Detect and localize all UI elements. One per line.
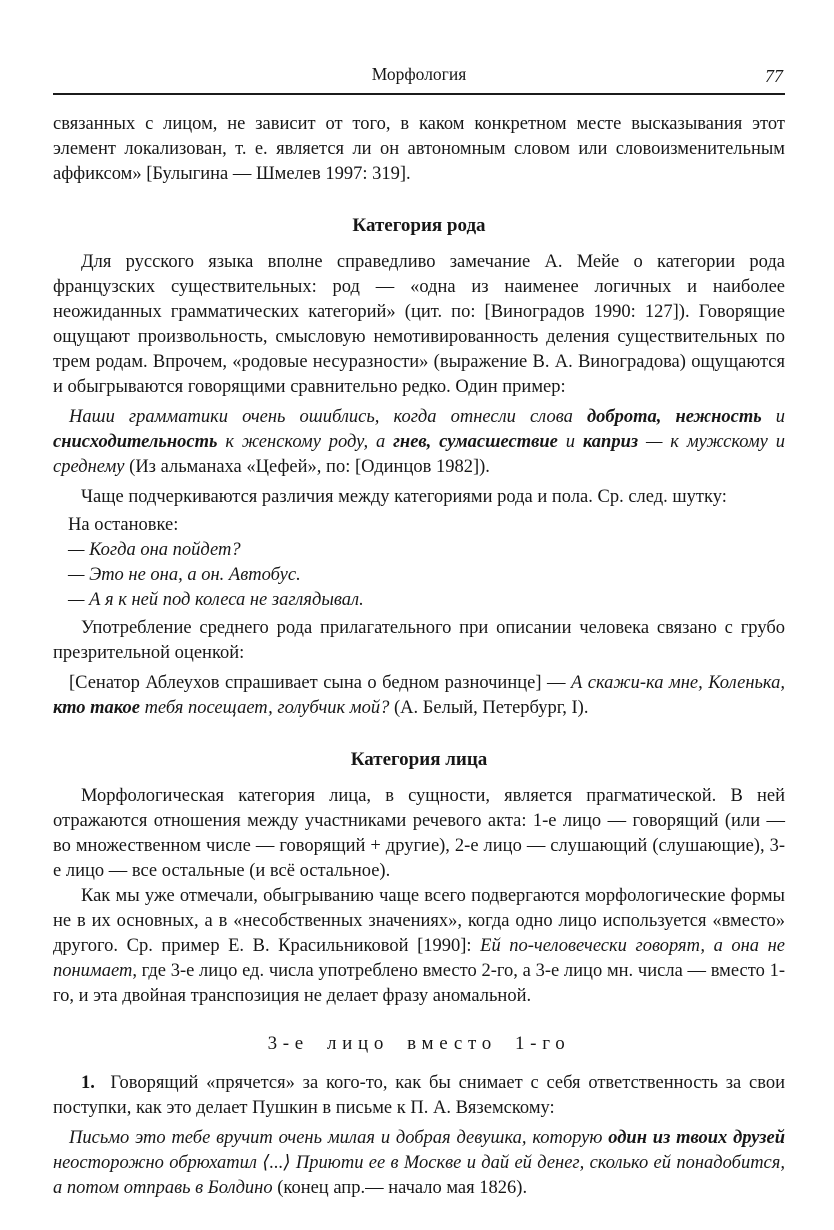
text-run: снисходительность (53, 432, 217, 452)
body-paragraph: связанных с лицом, не зависит от того, в… (53, 112, 785, 187)
body-paragraph: Для русского языка вполне справедливо за… (53, 250, 785, 400)
text-run: , где 3-е лицо ед. числа употреблено вме… (53, 961, 785, 1006)
text-run: (конец апр.— начало мая 1826). (277, 1178, 527, 1198)
text-run: (А. Белый, Петербург, I). (394, 698, 588, 718)
text-run: доброта, нежность (587, 407, 762, 427)
text-run: — Когда она пойдет? (68, 540, 241, 560)
section-heading: Категория рода (53, 213, 785, 238)
body-paragraph: Как мы уже отмечали, обыгрыванию чаще вс… (53, 884, 785, 1009)
text-run: Говорящий «прячется» за кого-то, как бы … (53, 1073, 785, 1118)
text-run: — Это не она, а он. Автобус. (68, 565, 301, 585)
running-title: Морфология (372, 64, 467, 84)
text-run: и (762, 407, 785, 427)
section-heading: Категория лица (53, 747, 785, 772)
text-run: и (558, 432, 583, 452)
text-run: каприз (583, 432, 638, 452)
body-paragraph: 1. Говорящий «прячется» за кого-то, как … (53, 1071, 785, 1121)
book-page: Морфология 77 связанных с лицом, не зави… (0, 0, 834, 1230)
example-paragraph: Письмо это тебе вручит очень милая и доб… (53, 1126, 785, 1201)
text-run: к женскому роду, а (217, 432, 393, 452)
subsection-heading: 3-е лицо вместо 1-го (53, 1031, 785, 1056)
text-run: — А я к ней под колеса не заглядывал. (68, 590, 364, 610)
dialogue-block: На остановке:— Когда она пойдет?— Это не… (68, 513, 785, 613)
example-paragraph: Наши грамматики очень ошиблись, когда от… (53, 405, 785, 480)
dialogue-line: — А я к ней под колеса не заглядывал. (68, 588, 785, 613)
text-run: На остановке: (68, 515, 178, 535)
text-run: Наши грамматики очень ошиблись, когда от… (69, 407, 587, 427)
page-header: Морфология 77 (53, 64, 785, 95)
dialogue-line: — Когда она пойдет? (68, 538, 785, 563)
dialogue-line: На остановке: (68, 513, 785, 538)
text-run: гнев, сумасшествие (393, 432, 558, 452)
text-run: Употребление среднего рода прилагательно… (53, 618, 785, 663)
text-run: Морфологическая категория лица, в сущнос… (53, 786, 785, 881)
text-run: тебя посещает, голубчик мой? (140, 698, 394, 718)
dialogue-line: — Это не она, а он. Автобус. (68, 563, 785, 588)
body-paragraph: Чаще подчеркиваются различия между катег… (53, 485, 785, 510)
text-run: (Из альманаха «Цефей», по: [Одинцов 1982… (129, 457, 490, 477)
text-run: кто такое (53, 698, 140, 718)
body-paragraph: Употребление среднего рода прилагательно… (53, 616, 785, 666)
text-run: Чаще подчеркиваются различия между катег… (81, 487, 727, 507)
page-number: 77 (765, 66, 783, 86)
text-run: связанных с лицом, не зависит от того, в… (53, 114, 785, 184)
text-run: А скажи-ка мне, Коленька, (571, 673, 785, 693)
body-paragraph: Морфологическая категория лица, в сущнос… (53, 784, 785, 884)
page-content: связанных с лицом, не зависит от того, в… (53, 112, 785, 1201)
text-run: Для русского языка вполне справедливо за… (53, 252, 785, 397)
text-run: 1. (81, 1073, 95, 1093)
text-run: Письмо это тебе вручит очень милая и доб… (69, 1128, 608, 1148)
text-run: один из твоих друзей (608, 1128, 785, 1148)
example-paragraph: [Сенатор Аблеухов спрашивает сына о бедн… (53, 671, 785, 721)
text-run: [Сенатор Аблеухов спрашивает сына о бедн… (69, 673, 571, 693)
